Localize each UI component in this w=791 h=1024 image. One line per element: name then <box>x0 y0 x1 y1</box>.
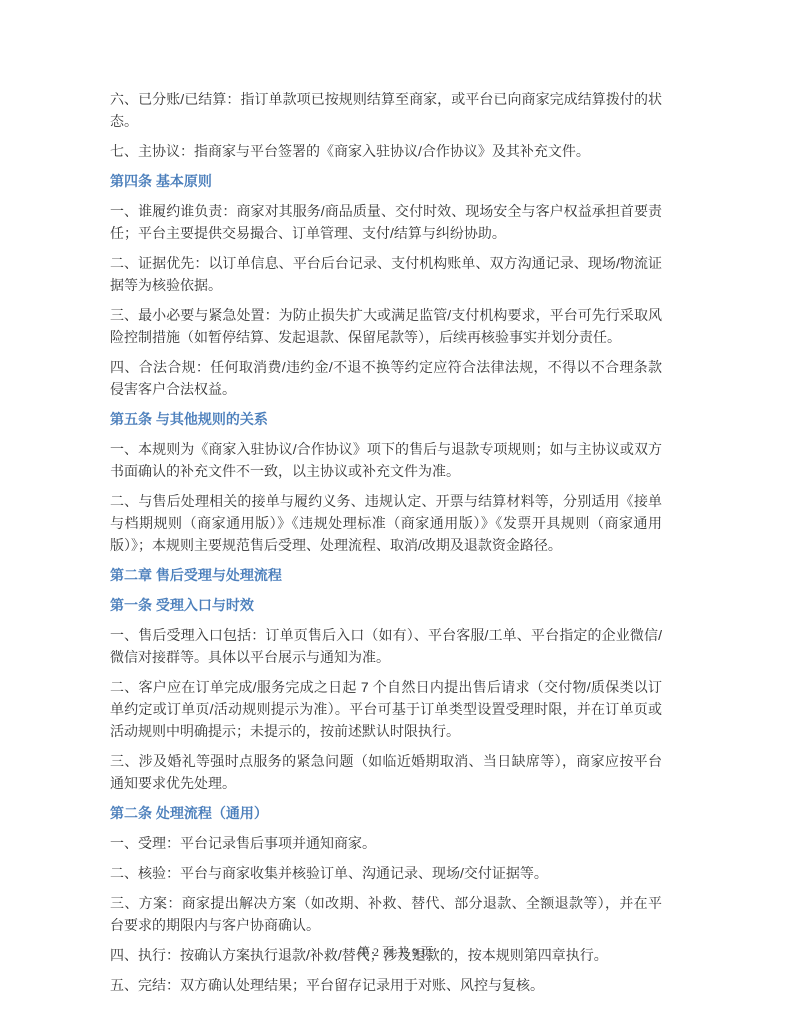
section-heading: 第二条 处理流程（通用） <box>110 802 662 824</box>
paragraph: 一、本规则为《商家入驻协议/合作协议》项下的售后与退款专项规则；如与主协议或双方… <box>110 438 662 482</box>
document-page: 六、已分账/已结算：指订单款项已按规则结算至商家，或平台已向商家完成结算拨付的状… <box>0 0 791 1024</box>
paragraph: 五、完结：双方确认处理结果；平台留存记录用于对账、风控与复核。 <box>110 974 662 996</box>
paragraph: 三、涉及婚礼等强时点服务的紧急问题（如临近婚期取消、当日缺席等），商家应按平台通… <box>110 750 662 794</box>
page-number: 第 2 页 共 9 页 <box>358 945 433 959</box>
paragraph: 三、方案：商家提出解决方案（如改期、补救、替代、部分退款、全额退款等），并在平台… <box>110 892 662 936</box>
paragraph: 三、最小必要与紧急处置：为防止损失扩大或满足监管/支付机构要求，平台可先行采取风… <box>110 304 662 348</box>
section-heading: 第一条 受理入口与时效 <box>110 594 662 616</box>
paragraph: 七、主协议：指商家与平台签署的《商家入驻协议/合作协议》及其补充文件。 <box>110 140 662 162</box>
section-heading: 第四条 基本原则 <box>110 170 662 192</box>
paragraph: 二、证据优先：以订单信息、平台后台记录、支付机构账单、双方沟通记录、现场/物流证… <box>110 252 662 296</box>
paragraph: 二、核验：平台与商家收集并核验订单、沟通记录、现场/交付证据等。 <box>110 862 662 884</box>
document-body: 六、已分账/已结算：指订单款项已按规则结算至商家，或平台已向商家完成结算拨付的状… <box>110 88 662 1004</box>
chapter-heading: 第二章 售后受理与处理流程 <box>110 564 662 586</box>
paragraph: 四、合法合规：任何取消费/违约金/不退不换等约定应符合法律法规，不得以不合理条款… <box>110 356 662 400</box>
paragraph: 一、售后受理入口包括：订单页售后入口（如有）、平台客服/工单、平台指定的企业微信… <box>110 624 662 668</box>
paragraph: 一、谁履约谁负责：商家对其服务/商品质量、交付时效、现场安全与客户权益承担首要责… <box>110 200 662 244</box>
paragraph: 一、受理：平台记录售后事项并通知商家。 <box>110 832 662 854</box>
paragraph: 二、与售后处理相关的接单与履约义务、违规认定、开票与结算材料等，分别适用《接单与… <box>110 490 662 556</box>
paragraph: 二、客户应在订单完成/服务完成之日起 7 个自然日内提出售后请求（交付物/质保类… <box>110 676 662 742</box>
paragraph: 六、已分账/已结算：指订单款项已按规则结算至商家，或平台已向商家完成结算拨付的状… <box>110 88 662 132</box>
page-footer: 第 2 页 共 9 页 <box>0 944 791 960</box>
section-heading: 第五条 与其他规则的关系 <box>110 408 662 430</box>
